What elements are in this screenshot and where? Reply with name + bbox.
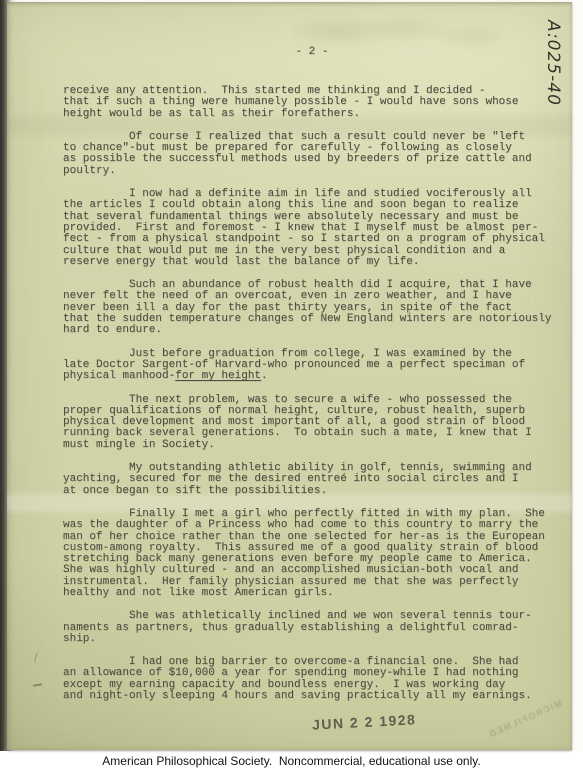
paragraph: Finally I met a girl who perfectly fitte… (63, 509, 575, 599)
paragraph: My outstanding athletic ability in golf,… (63, 463, 575, 497)
date-stamp: JUN 2 2 1928 (312, 711, 417, 732)
attribution-caption: American Philosophical Society. Noncomme… (0, 754, 583, 768)
paragraph: Such an abundance of robust health did I… (63, 280, 575, 336)
margin-pencil-marks (31, 650, 51, 695)
paragraph: Of course I realized that such a result … (63, 132, 575, 177)
paragraph-text: . (261, 370, 268, 382)
paragraph: Just before graduation from college, I w… (63, 349, 575, 383)
paragraph-text: Just before graduation from college, I w… (63, 348, 525, 383)
typewritten-text: receive any attention. This started me t… (63, 86, 575, 714)
paper-page: - 2 - A:025-40 receive any attention. Th… (7, 2, 572, 750)
paragraph: I had one big barrier to overcome-a fina… (63, 657, 575, 702)
paragraph: receive any attention. This started me t… (63, 86, 575, 120)
underlined-phrase: for my height (175, 370, 261, 382)
paragraph: She was athletically inclined and we won… (63, 611, 575, 645)
page-number: - 2 - (257, 46, 367, 58)
scanned-document: - 2 - A:025-40 receive any attention. Th… (0, 0, 583, 751)
paragraph: I now had a definite aim in life and stu… (63, 189, 575, 268)
paragraph: The next problem, was to secure a wife -… (63, 395, 575, 451)
